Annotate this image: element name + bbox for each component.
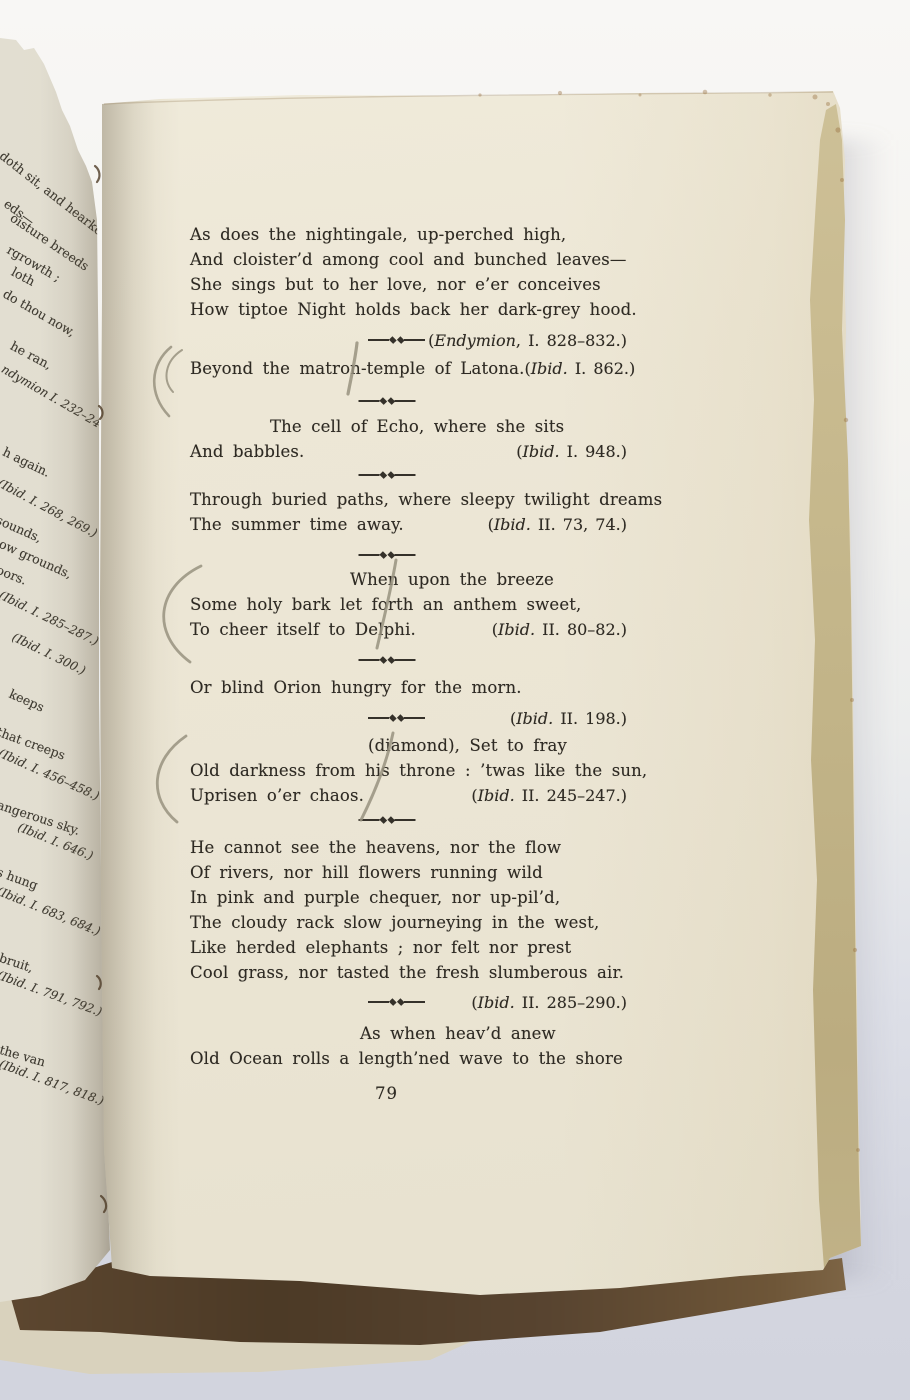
ornament-separator xyxy=(359,472,416,478)
ornament-separator xyxy=(359,817,416,823)
separator-line: (Ibid. II. 198.) xyxy=(190,703,627,733)
verse-text: Old Ocean rolls a length’ned wave to the… xyxy=(190,1049,623,1068)
gutter-shadow xyxy=(100,90,180,1290)
verse-text: And cloister’d among cool and bunched le… xyxy=(190,250,627,269)
verse-line: Through buried paths, where sleepy twili… xyxy=(190,490,627,515)
verse-line: Old Ocean rolls a length’ned wave to the… xyxy=(190,1049,627,1074)
verse-line: Old darkness from his throne : ’twas lik… xyxy=(190,761,627,786)
citation: (Ibid. I. 948.) xyxy=(516,442,627,461)
verse-line: Uprisen o’er chaos.(Ibid. II. 245–247.) xyxy=(190,786,627,811)
verse-line: Beyond the matron-temple of Latona.(Ibid… xyxy=(190,359,627,384)
ornament-separator xyxy=(368,715,425,721)
page-number-line: 79 xyxy=(190,1084,627,1109)
verse-line: The cloudy rack slow journeying in the w… xyxy=(190,913,627,938)
verse-text: As when heav’d anew xyxy=(360,1024,556,1043)
verse-line: Cool grass, nor tasted the fresh slumber… xyxy=(190,963,627,988)
verse-text: Cool grass, nor tasted the fresh slumber… xyxy=(190,963,624,982)
verse-text: Of rivers, nor hill flowers running wild xyxy=(190,863,543,882)
citation: (Ibid. II. 73, 74.) xyxy=(488,515,627,534)
ornament-separator xyxy=(359,657,416,663)
citation: (Ibid. II. 198.) xyxy=(510,709,627,728)
verse-line: Like herded elephants ; nor felt nor pre… xyxy=(190,938,627,963)
verse-text: Uprisen o’er chaos. xyxy=(190,786,364,805)
verse-line: And cloister’d among cool and bunched le… xyxy=(190,250,627,275)
verse-line: He cannot see the heavens, nor the flow xyxy=(190,838,627,863)
separator-line: (Ibid. II. 285–290.) xyxy=(190,988,627,1016)
verse-line: To cheer itself to Delphi.(Ibid. II. 80–… xyxy=(190,620,627,645)
verse-text: The cell of Echo, where she sits xyxy=(270,417,564,436)
verse-line: How tiptoe Night holds back her dark-gre… xyxy=(190,300,627,325)
separator-line xyxy=(190,540,627,570)
ornament-separator xyxy=(359,552,416,558)
verse-text: The summer time away. xyxy=(190,515,404,534)
citation: (Ibid. II. 285–290.) xyxy=(471,993,627,1012)
verse-line: (diamond), Set to fray xyxy=(190,736,627,761)
verse-text: In pink and purple chequer, nor up-pil’d… xyxy=(190,888,560,907)
verse-line: When upon the breeze xyxy=(190,570,627,595)
separator-line xyxy=(190,464,627,486)
verse-text: (diamond), Set to fray xyxy=(368,736,567,755)
separator-line xyxy=(190,645,627,675)
verse-line: Some holy bark let forth an anthem sweet… xyxy=(190,595,627,620)
verse-text: To cheer itself to Delphi. xyxy=(190,620,416,639)
separator-line xyxy=(190,386,627,416)
verse-text: The cloudy rack slow journeying in the w… xyxy=(190,913,599,932)
verse-text: Some holy bark let forth an anthem sweet… xyxy=(190,595,581,614)
verse-line: The cell of Echo, where she sits xyxy=(190,417,627,442)
verse-line: As does the nightingale, up-perched high… xyxy=(190,225,627,250)
verse-line: Of rivers, nor hill flowers running wild xyxy=(190,863,627,888)
ornament-separator xyxy=(368,999,425,1005)
citation: (Endymion, I. 828–832.) xyxy=(428,331,627,350)
citation: (Ibid. II. 245–247.) xyxy=(471,786,627,805)
verse-line: She sings but to her love, nor e’er conc… xyxy=(190,275,627,300)
verse-text: As does the nightingale, up-perched high… xyxy=(190,225,566,244)
verse-text: Like herded elephants ; nor felt nor pre… xyxy=(190,938,571,957)
verse-text: How tiptoe Night holds back her dark-gre… xyxy=(190,300,637,319)
verse-text: Or blind Orion hungry for the morn. xyxy=(190,678,522,697)
verse-text: And babbles. xyxy=(190,442,304,461)
verse-line: The summer time away.(Ibid. II. 73, 74.) xyxy=(190,515,627,540)
book-photo-scene: doth sit, and hearkeneds—oisture breedsr… xyxy=(0,0,910,1400)
verse-text: Through buried paths, where sleepy twili… xyxy=(190,490,662,509)
verse-line: As when heav’d anew xyxy=(190,1024,627,1049)
verse-text: She sings but to her love, nor e’er conc… xyxy=(190,275,601,294)
page-number: 79 xyxy=(375,1084,398,1103)
printed-text-block: As does the nightingale, up-perched high… xyxy=(190,225,627,1109)
left-page-gutter-shading xyxy=(0,0,115,1400)
ornament-separator xyxy=(359,398,416,404)
verse-text: When upon the breeze xyxy=(350,570,554,589)
verse-line: In pink and purple chequer, nor up-pil’d… xyxy=(190,888,627,913)
right-book-page: As does the nightingale, up-perched high… xyxy=(0,0,910,1400)
verse-text: Old darkness from his throne : ’twas lik… xyxy=(190,761,647,780)
separator-line: (Endymion, I. 828–832.) xyxy=(190,325,627,355)
verse-text: He cannot see the heavens, nor the flow xyxy=(190,838,561,857)
verse-line: Or blind Orion hungry for the morn. xyxy=(190,678,627,703)
verse-text: Beyond the matron-temple of Latona. xyxy=(190,359,524,378)
citation: (Ibid. II. 80–82.) xyxy=(492,620,627,639)
ornament-separator xyxy=(368,337,425,343)
separator-line xyxy=(190,809,627,831)
citation: (Ibid. I. 862.) xyxy=(524,359,635,378)
